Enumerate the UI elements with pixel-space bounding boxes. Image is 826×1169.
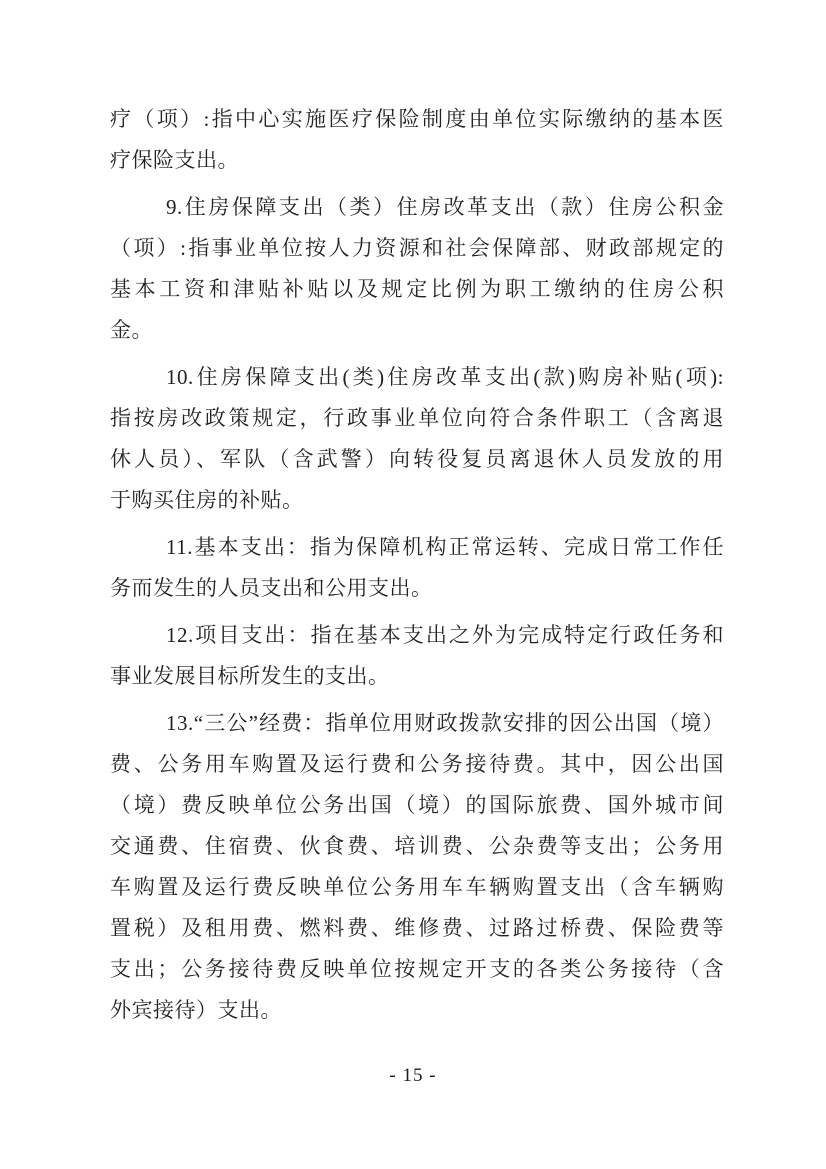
item-10-housing-purchase-subsidy: 10.住房保障支出(类)住房改革支出(款)购房补贴(项):指按房改政策规定，行政…: [110, 357, 724, 521]
text-line: 指按房改政策规定，行政事业单位向符合条件职工（含离退: [110, 398, 724, 439]
text-line: 务而发生的人员支出和公用支出。: [110, 568, 724, 609]
text-line: 10.住房保障支出(类)住房改革支出(款)购房补贴(项):: [110, 357, 724, 398]
item-13-three-public-expenses: 13.“三公”经费：指单位用财政拨款安排的因公出国（境）费、公务用车购置及运行费…: [110, 703, 724, 1031]
text-line: 外宾接待）支出。: [110, 990, 724, 1031]
text-line: 休人员）、军队（含武警）向转役复员离退休人员发放的用: [110, 439, 724, 480]
document-body: 疗（项）:指中心实施医疗保险制度由单位实际缴纳的基本医疗保险支出。9.住房保障支…: [110, 99, 724, 1031]
document-page: 疗（项）:指中心实施医疗保险制度由单位实际缴纳的基本医疗保险支出。9.住房保障支…: [0, 0, 826, 1169]
text-line: 交通费、住宿费、伙食费、培训费、公杂费等支出；公务用: [110, 826, 724, 867]
text-line: 事业发展目标所发生的支出。: [110, 656, 724, 697]
item-8-medical-insurance-continued: 疗（项）:指中心实施医疗保险制度由单位实际缴纳的基本医疗保险支出。: [110, 99, 724, 181]
text-line: 置税）及租用费、燃料费、维修费、过路过桥费、保险费等: [110, 908, 724, 949]
item-11-basic-expenditure: 11.基本支出：指为保障机构正常运转、完成日常工作任务而发生的人员支出和公用支出…: [110, 527, 724, 609]
page-number: - 15 -: [0, 1064, 826, 1088]
text-line: 13.“三公”经费：指单位用财政拨款安排的因公出国（境）: [110, 703, 724, 744]
text-line: 费、公务用车购置及运行费和公务接待费。其中，因公出国: [110, 744, 724, 785]
text-line: 9.住房保障支出（类）住房改革支出（款）住房公积金: [110, 187, 724, 228]
text-line: （项）:指事业单位按人力资源和社会保障部、财政部规定的: [110, 228, 724, 269]
text-line: 车购置及运行费反映单位公务用车车辆购置支出（含车辆购: [110, 867, 724, 908]
text-line: 金。: [110, 310, 724, 351]
item-12-project-expenditure: 12.项目支出：指在基本支出之外为完成特定行政任务和事业发展目标所发生的支出。: [110, 615, 724, 697]
text-line: 疗（项）:指中心实施医疗保险制度由单位实际缴纳的基本医: [110, 99, 724, 140]
text-line: 11.基本支出：指为保障机构正常运转、完成日常工作任: [110, 527, 724, 568]
item-9-housing-provident-fund: 9.住房保障支出（类）住房改革支出（款）住房公积金（项）:指事业单位按人力资源和…: [110, 187, 724, 351]
text-line: 支出；公务接待费反映单位按规定开支的各类公务接待（含: [110, 949, 724, 990]
text-line: （境）费反映单位公务出国（境）的国际旅费、国外城市间: [110, 785, 724, 826]
text-line: 12.项目支出：指在基本支出之外为完成特定行政任务和: [110, 615, 724, 656]
text-line: 于购买住房的补贴。: [110, 480, 724, 521]
text-line: 基本工资和津贴补贴以及规定比例为职工缴纳的住房公积: [110, 269, 724, 310]
text-line: 疗保险支出。: [110, 140, 724, 181]
